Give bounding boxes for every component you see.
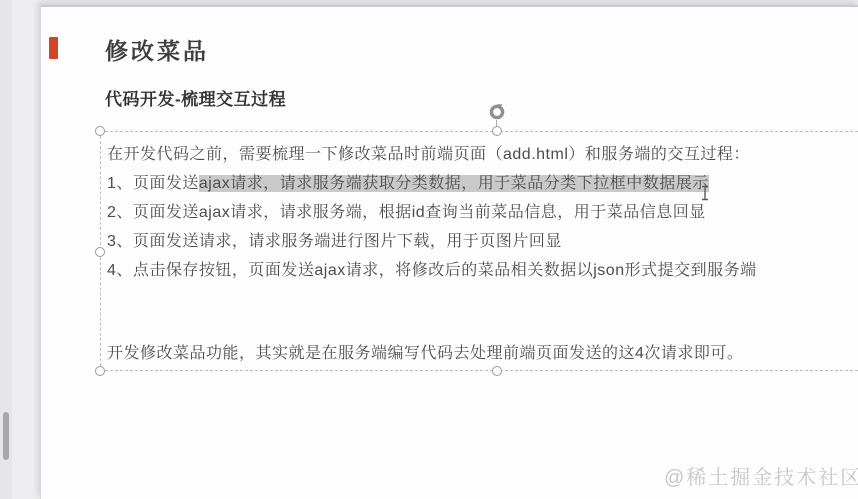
title-accent-bar <box>49 37 58 59</box>
selection-handle-middle-left[interactable] <box>95 247 105 257</box>
rotate-handle-icon[interactable] <box>487 102 507 122</box>
paragraph-summary[interactable]: 开发修改菜品功能，其实就是在服务端编写代码去处理前端页面发送的这4次请求即可。 <box>107 343 743 364</box>
scrollbar-track[interactable] <box>0 0 12 499</box>
watermark-text: @稀土掘金技术社区 <box>664 461 858 490</box>
paragraph-item-4[interactable]: 4、点击保存按钮，页面发送ajax请求，将修改后的菜品相关数据以json形式提交… <box>107 260 757 281</box>
page-title[interactable]: 修改菜品 <box>105 33 209 66</box>
selection-handle-top-left[interactable] <box>95 126 105 136</box>
paragraph-intro[interactable]: 在开发代码之前，需要梳理一下修改菜品时前端页面（add.html）和服务端的交互… <box>107 144 750 165</box>
scrollbar-thumb[interactable] <box>3 412 9 460</box>
section-subtitle[interactable]: 代码开发-梳理交互过程 <box>105 85 286 110</box>
text-cursor-icon <box>700 185 710 201</box>
left-gutter <box>0 0 40 499</box>
selection-handle-top-center[interactable] <box>492 126 502 136</box>
selection-handle-bottom-left[interactable] <box>95 366 105 376</box>
paragraph-item-2[interactable]: 2、页面发送ajax请求，请求服务端，根据id查询当前菜品信息，用于菜品信息回显 <box>107 202 706 223</box>
paragraph-item-1[interactable]: 1、页面发送ajax请求，请求服务端获取分类数据，用于菜品分类下拉框中数据展示 <box>107 173 709 194</box>
selection-handle-bottom-center[interactable] <box>492 366 502 376</box>
item-1-highlighted-text[interactable]: ajax请求，请求服务端获取分类数据，用于菜品分类下拉框中数据展示 <box>199 175 709 192</box>
paragraph-item-3[interactable]: 3、页面发送请求，请求服务端进行图片下载，用于页图片回显 <box>107 231 562 252</box>
item-1-prefix: 1、页面发送 <box>107 175 199 192</box>
